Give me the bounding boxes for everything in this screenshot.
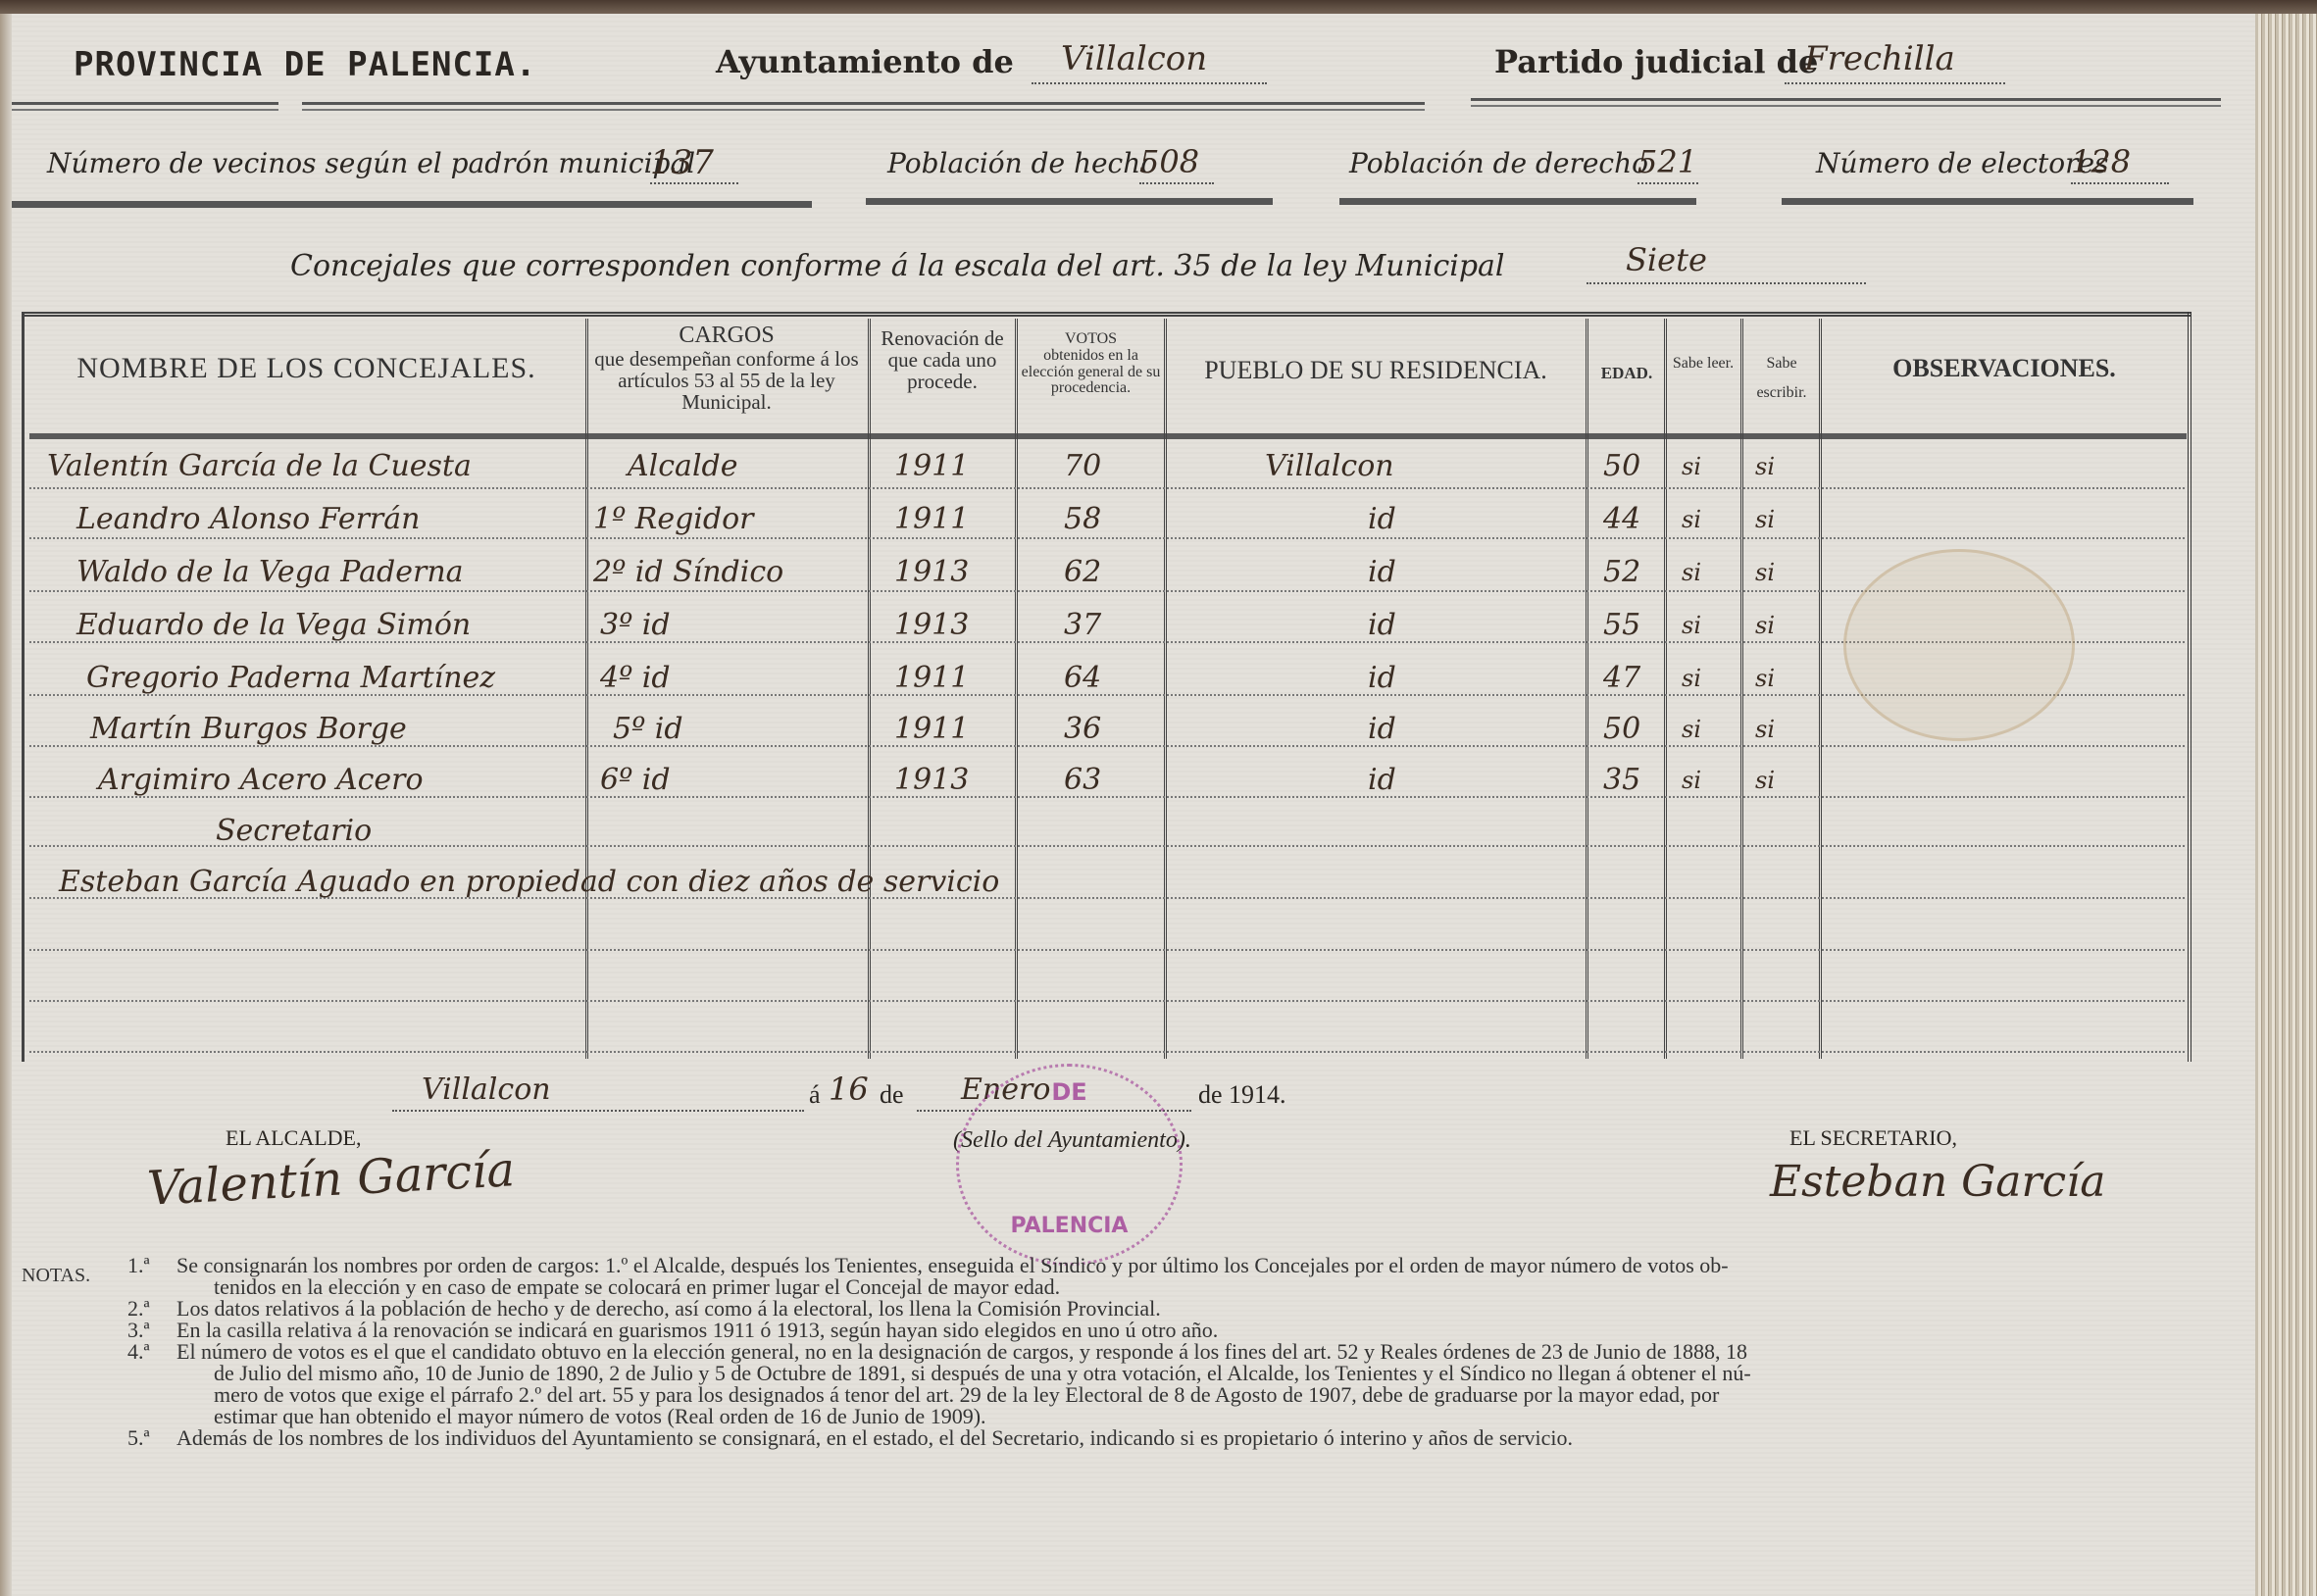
row-nombre: Eduardo de la Vega Simón bbox=[76, 608, 471, 642]
col-header-votos: VOTOS obtenidos en la elección general d… bbox=[1020, 331, 1162, 397]
row-nombre: Martín Burgos Borge bbox=[90, 712, 407, 746]
stamp-top-text: DE bbox=[959, 1078, 1180, 1106]
row-leer: si bbox=[1682, 453, 1701, 480]
row-renovacion: 1913 bbox=[894, 608, 969, 642]
concejales-label: Concejales que corresponden conforme á l… bbox=[290, 249, 1505, 283]
footer-de: de bbox=[880, 1080, 904, 1110]
row-leer: si bbox=[1682, 612, 1701, 639]
row-cargo: 5º id bbox=[613, 712, 683, 746]
col-header-pueblo: PUEBLO DE SU RESIDENCIA. bbox=[1169, 357, 1583, 383]
footer-day: 16 bbox=[829, 1071, 869, 1108]
votos-subtitle: obtenidos en la elección general de su p… bbox=[1020, 348, 1162, 397]
col-header-edad: EDAD. bbox=[1590, 365, 1663, 382]
row-edad: 50 bbox=[1603, 449, 1640, 483]
row-escribir: si bbox=[1755, 716, 1775, 743]
ayuntamiento-label: Ayuntamiento de bbox=[716, 43, 1014, 80]
row-leer: si bbox=[1682, 767, 1701, 794]
row-pueblo: id bbox=[1368, 608, 1396, 642]
row-escribir: si bbox=[1755, 665, 1775, 692]
row-renovacion: 1911 bbox=[894, 712, 969, 746]
col-header-escribir: Sabe escribir. bbox=[1745, 349, 1818, 408]
row-escribir: si bbox=[1755, 767, 1775, 794]
row-cargo: 4º id bbox=[600, 661, 671, 695]
row-cargo: 1º Regidor bbox=[593, 502, 753, 536]
secretario-entry: Esteban García Aguado en propiedad con d… bbox=[59, 865, 999, 899]
alcalde-label: EL ALCALDE, bbox=[226, 1125, 362, 1151]
footer-year: de 1914. bbox=[1198, 1080, 1286, 1110]
vecinos-value: 137 bbox=[650, 143, 738, 184]
province-underline bbox=[12, 102, 278, 111]
derecho-label: Población de derecho bbox=[1349, 147, 1648, 179]
note-item: 5.ªAdemás de los nombres de los individu… bbox=[127, 1427, 2187, 1449]
row-votos: 62 bbox=[1064, 555, 1101, 589]
row-nombre: Waldo de la Vega Paderna bbox=[76, 555, 464, 589]
row-line bbox=[29, 487, 2185, 489]
row-pueblo: id bbox=[1368, 712, 1396, 746]
row-edad: 44 bbox=[1603, 502, 1640, 536]
partido-underline bbox=[1471, 98, 2221, 107]
secretario-heading: Secretario bbox=[216, 814, 372, 848]
row-edad: 55 bbox=[1603, 608, 1640, 642]
ayuntamiento-underline bbox=[302, 102, 1425, 111]
row-renovacion: 1913 bbox=[894, 555, 969, 589]
derecho-rule bbox=[1339, 198, 1696, 205]
ayuntamiento-value: Villalcon bbox=[1032, 39, 1267, 84]
row-escribir: si bbox=[1755, 559, 1775, 586]
row-pueblo: id bbox=[1368, 502, 1396, 536]
secretario-signature: Esteban García bbox=[1770, 1157, 2106, 1207]
table-left-border bbox=[22, 312, 25, 1062]
row-votos: 36 bbox=[1064, 712, 1101, 746]
hecho-value: 508 bbox=[1139, 143, 1214, 184]
province-title: PROVINCIA DE PALENCIA. bbox=[74, 45, 536, 84]
row-leer: si bbox=[1682, 716, 1701, 743]
row-line bbox=[29, 949, 2185, 951]
row-votos: 58 bbox=[1064, 502, 1101, 536]
row-escribir: si bbox=[1755, 612, 1775, 639]
col-divider bbox=[585, 319, 588, 1059]
note-item: 1.ªSe consignarán los nombres por orden … bbox=[127, 1255, 2187, 1276]
electores-label: Número de electores bbox=[1816, 147, 2108, 179]
table-top-border bbox=[22, 312, 2191, 317]
footer-place: Villalcon bbox=[392, 1072, 804, 1112]
row-leer: si bbox=[1682, 665, 1701, 692]
electores-rule bbox=[1782, 198, 2193, 205]
page-left-edge bbox=[0, 14, 12, 1596]
hecho-label: Población de hecho bbox=[887, 147, 1157, 179]
col-divider bbox=[1015, 319, 1018, 1059]
note-continuation: mero de votos que exige el párrafo 2.º d… bbox=[127, 1384, 2187, 1406]
row-line bbox=[29, 537, 2185, 539]
row-renovacion: 1911 bbox=[894, 661, 969, 695]
row-pueblo: id bbox=[1368, 555, 1396, 589]
row-nombre: Argimiro Acero Acero bbox=[98, 763, 424, 797]
row-line bbox=[29, 1051, 2185, 1053]
row-votos: 70 bbox=[1064, 449, 1101, 483]
cargos-title: CARGOS bbox=[588, 324, 865, 348]
paper-stain bbox=[1843, 549, 2075, 741]
electores-value: 128 bbox=[2071, 143, 2169, 184]
col-header-observaciones: OBSERVACIONES. bbox=[1824, 355, 2185, 381]
table-header-rule bbox=[29, 433, 2187, 439]
row-escribir: si bbox=[1755, 453, 1775, 480]
note-continuation: tenidos en la elección y en caso de empa… bbox=[127, 1276, 2187, 1298]
row-edad: 35 bbox=[1603, 763, 1640, 797]
col-header-cargos: CARGOS que desempeñan conforme á los art… bbox=[588, 324, 865, 413]
col-divider bbox=[1819, 319, 1822, 1059]
note-continuation: de Julio del mismo año, 10 de Junio de 1… bbox=[127, 1363, 2187, 1384]
row-nombre: Valentín García de la Cuesta bbox=[47, 449, 472, 483]
table-right-border bbox=[2188, 312, 2191, 1062]
row-cargo: 2º id Síndico bbox=[593, 555, 783, 589]
vecinos-label: Número de vecinos según el padrón munici… bbox=[47, 147, 695, 179]
partido-value: Frechilla bbox=[1785, 39, 2005, 84]
col-divider bbox=[1586, 319, 1588, 1059]
row-votos: 37 bbox=[1064, 608, 1101, 642]
stamp-bottom-text: PALENCIA bbox=[959, 1214, 1180, 1238]
partido-label: Partido judicial de bbox=[1494, 43, 1818, 80]
book-pages-edge bbox=[2255, 14, 2317, 1596]
note-item: 2.ªLos datos relativos á la población de… bbox=[127, 1298, 2187, 1320]
row-cargo: Alcalde bbox=[628, 449, 738, 483]
row-cargo: 3º id bbox=[600, 608, 671, 642]
vecinos-rule bbox=[12, 201, 812, 208]
hecho-rule bbox=[866, 198, 1273, 205]
col-header-nombre: NOMBRE DE LOS CONCEJALES. bbox=[29, 353, 583, 384]
votos-title: VOTOS bbox=[1020, 331, 1162, 348]
col-header-leer: Sabe leer. bbox=[1669, 349, 1738, 378]
notes-label: NOTAS. bbox=[22, 1265, 90, 1286]
row-votos: 63 bbox=[1064, 763, 1101, 797]
row-edad: 47 bbox=[1603, 661, 1640, 695]
row-escribir: si bbox=[1755, 506, 1775, 533]
footer-a: á bbox=[809, 1080, 821, 1110]
row-pueblo: id bbox=[1368, 661, 1396, 695]
municipal-seal-stamp: DE PALENCIA bbox=[956, 1064, 1183, 1266]
row-votos: 64 bbox=[1064, 661, 1101, 695]
row-edad: 50 bbox=[1603, 712, 1640, 746]
row-renovacion: 1911 bbox=[894, 449, 969, 483]
row-pueblo: id bbox=[1368, 763, 1396, 797]
col-divider bbox=[1664, 319, 1667, 1059]
row-line bbox=[29, 1000, 2185, 1002]
concejales-value: Siete bbox=[1587, 241, 1866, 284]
row-cargo: 6º id bbox=[600, 763, 671, 797]
col-header-renovacion: Renovación de que cada uno procede. bbox=[873, 327, 1012, 392]
note-item: 4.ªEl número de votos es el que el candi… bbox=[127, 1341, 2187, 1363]
row-edad: 52 bbox=[1603, 555, 1640, 589]
secretario-label: EL SECRETARIO, bbox=[1789, 1125, 1957, 1151]
row-renovacion: 1911 bbox=[894, 502, 969, 536]
row-nombre: Leandro Alonso Ferrán bbox=[76, 502, 420, 536]
note-continuation: estimar que han obtenido el mayor número… bbox=[127, 1406, 2187, 1427]
row-nombre: Gregorio Paderna Martínez bbox=[86, 661, 495, 695]
derecho-value: 521 bbox=[1637, 143, 1698, 184]
row-leer: si bbox=[1682, 559, 1701, 586]
col-divider bbox=[868, 319, 871, 1059]
cargos-subtitle: que desempeñan conforme á los artículos … bbox=[588, 348, 865, 413]
col-divider bbox=[1164, 319, 1167, 1059]
note-item: 3.ªEn la casilla relativa á la renovació… bbox=[127, 1320, 2187, 1341]
row-renovacion: 1913 bbox=[894, 763, 969, 797]
notes-list: 1.ªSe consignarán los nombres por orden … bbox=[127, 1255, 2187, 1449]
col-divider bbox=[1740, 319, 1743, 1059]
row-leer: si bbox=[1682, 506, 1701, 533]
row-pueblo: Villalcon bbox=[1265, 449, 1394, 483]
